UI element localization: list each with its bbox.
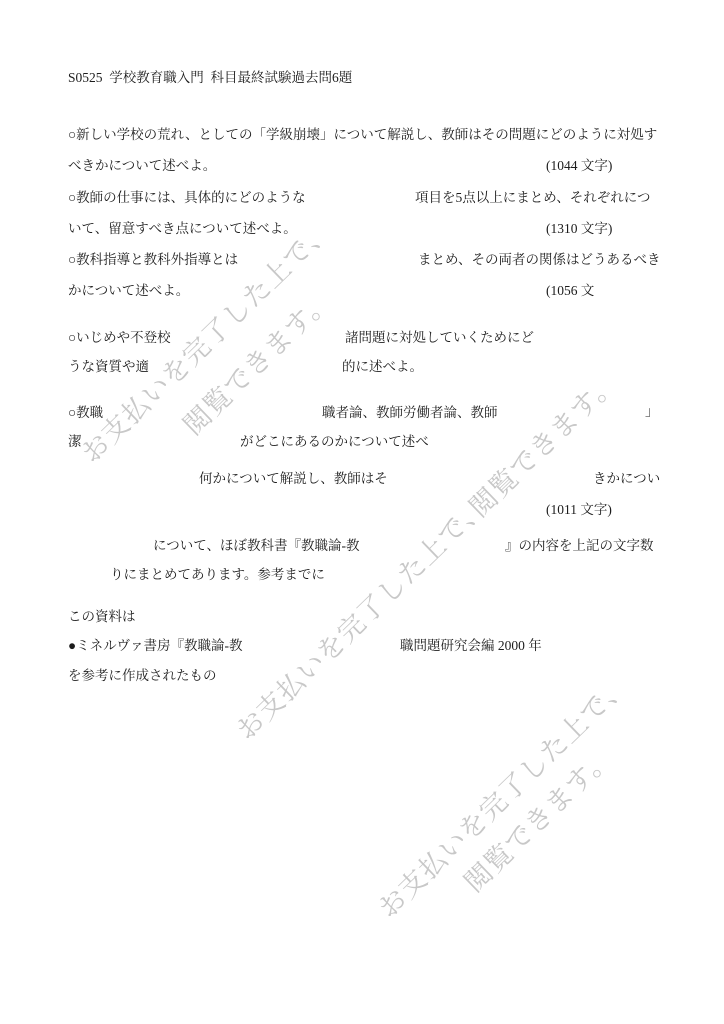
q6-char-count: (1011 文字) <box>546 501 612 518</box>
note-line2-left: ●ミネルヴァ書房『教職論-教 <box>68 637 243 654</box>
q7-line1-right: 』の内容を上記の文字数 <box>505 537 654 554</box>
doc-title: S0525 学校教育職入門 科目最終試験過去問6題 <box>68 69 352 86</box>
q6-line1-left: 何かについて解説し、教師はそ <box>199 470 388 487</box>
q4-line1-left: ○いじめや不登校 <box>68 329 171 346</box>
q2-char-count: (1310 文字) <box>546 220 612 237</box>
watermark-text: 閲覧できます。 <box>464 367 623 522</box>
q7-line2: りにまとめてあります。参考までに <box>110 566 325 583</box>
q3-line2: かについて述べよ。 <box>68 282 189 299</box>
note-line2-right: 職問題研究会編 2000 年 <box>400 637 542 654</box>
q5-line1-left: ○教職 <box>68 404 103 421</box>
q3-line1-left: ○教科指導と教科外指導とは <box>68 251 238 268</box>
q7-line1-left: について、ほぼ教科書『教職論-教 <box>153 537 359 554</box>
q3-char-count: (1056 文 <box>546 282 594 299</box>
q4-line2-left: うな資質や適 <box>68 358 149 375</box>
q5-line1-mark: 」 <box>645 403 659 420</box>
q5-line1-right: 職者論、教師労働者論、教師 <box>322 404 498 421</box>
q1-line1: ○新しい学校の荒れ、としての「学級崩壊」について解説し、教師はその問題にどのよう… <box>68 126 657 143</box>
q1-char-count: (1044 文字) <box>546 157 612 174</box>
note-line1: この資料は <box>68 608 136 625</box>
watermark-text: お支払いを完了した上で、 <box>373 670 634 923</box>
document-page: お支払いを完了した上で、 閲覧できます。 お支払いを完了した上で、 閲覧できます… <box>0 0 724 1024</box>
note-line3: を参考に作成されたもの <box>68 667 217 684</box>
q5-line2-left: 潔 <box>68 433 82 450</box>
q2-line1-left: ○教師の仕事には、具体的にどのような <box>68 189 306 206</box>
q1-line2: べきかについて述べよ。 <box>68 157 216 174</box>
q4-line2-right: 的に述べよ。 <box>342 358 423 375</box>
q6-line1-right: きかについ <box>593 470 660 487</box>
q4-line1-right: 諸問題に対処していくためにど <box>345 329 534 346</box>
q3-line1-right: まとめ、その両者の関係はどうあるべき <box>418 251 660 268</box>
watermark-text: お支払いを完了した上で、 <box>231 492 492 745</box>
q2-line1-right: 項目を5点以上にまとめ、それぞれにつ <box>415 189 650 206</box>
q2-line2: いて、留意すべき点について述べよ。 <box>68 220 297 237</box>
q5-line2-right: がどこにあるのかについて述べ <box>240 433 429 450</box>
